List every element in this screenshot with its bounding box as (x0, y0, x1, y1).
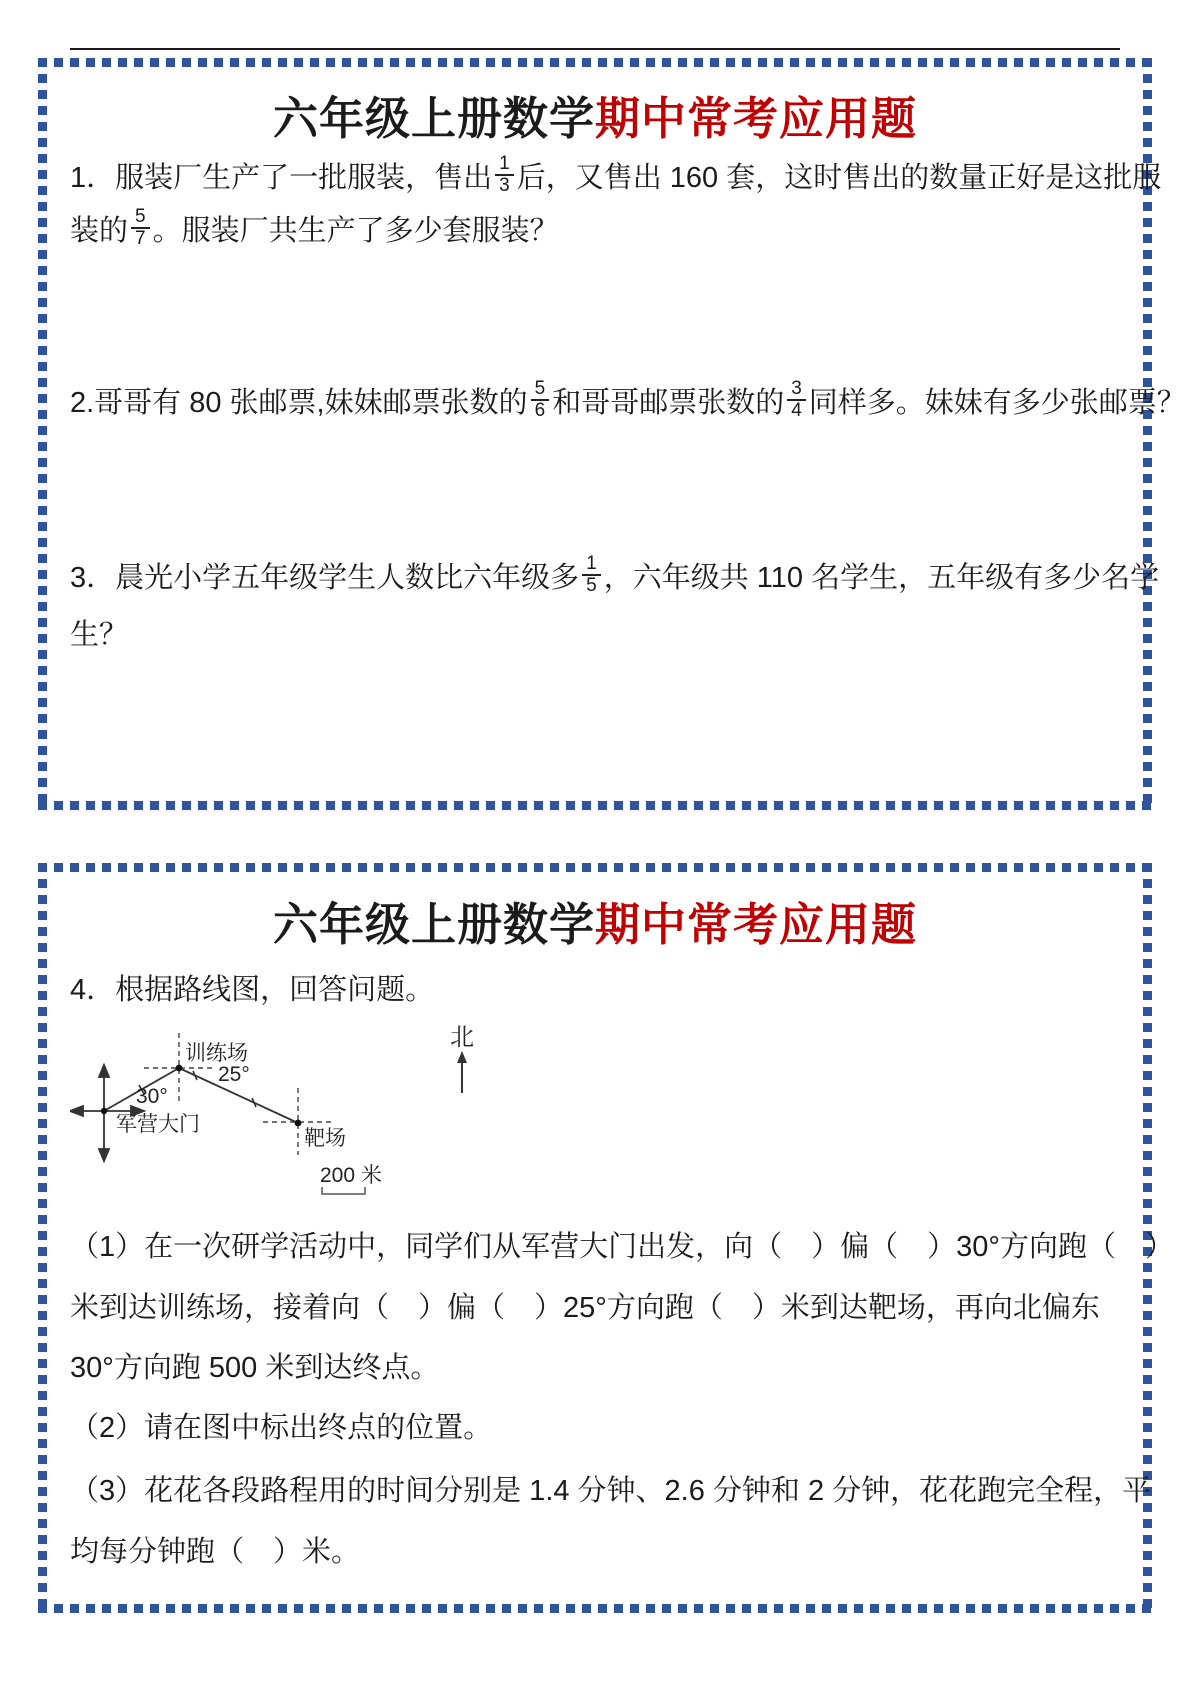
problem-text: 和哥哥邮票张数的 (552, 380, 784, 421)
problem-text: 后，又售出 160 套，这时售出的数量正好是这批服 (517, 155, 1162, 196)
question-3-line-2: 均每分钟跑（ ）米。 (70, 1521, 1132, 1577)
problem-text: 。服装厂共生产了多少套服装？ (153, 208, 559, 249)
title-black: 六年级上册数学 (273, 899, 595, 950)
fraction-one-third: 1 3 (495, 154, 514, 196)
worksheet-panel-2: 六年级上册数学期中常考应用题 4．根据路线图，回答问题。 (38, 863, 1152, 1613)
route-diagram: 训练场 25° 30° 军营大门 靶场 北 200 米 (70, 1015, 530, 1205)
fraction-five-sixths: 5 6 (531, 379, 550, 421)
fraction-numerator: 5 (131, 207, 150, 227)
fraction-five-sevenths: 5 7 (131, 207, 150, 249)
problem-4-intro: 4．根据路线图，回答问题。 (70, 959, 1132, 1015)
title-red: 期中常考应用题 (595, 899, 917, 950)
question-2-line: （2）请在图中标出终点的位置。 (70, 1397, 1132, 1453)
fraction-denominator: 4 (787, 399, 806, 421)
dashed-border-left (38, 863, 47, 1613)
problem-text: 4．根据路线图，回答问题。 (70, 967, 434, 1008)
gate-label: 军营大门 (116, 1113, 200, 1136)
problem-text: 同样多。妹妹有多少张邮票？ (809, 380, 1186, 421)
north-icon: 北 (450, 1024, 474, 1093)
fraction-three-quarters: 3 4 (787, 379, 806, 421)
question-text: （1）在一次研学活动中，同学们从军营大门出发，向（ ）偏（ ）30°方向跑（ ） (70, 1224, 1174, 1265)
problem-text: 2.哥哥有 80 张邮票,妹妹邮票张数的 (70, 380, 528, 421)
worksheet-panel-1: 六年级上册数学期中常考应用题 1．服装厂生产了一批服装，售出 1 3 后，又售出… (38, 58, 1152, 810)
title-black: 六年级上册数学 (273, 93, 595, 144)
problem-text: 装的 (70, 208, 128, 249)
problem-2-line: 2.哥哥有 80 张邮票,妹妹邮票张数的 5 6 和哥哥邮票张数的 3 4 同样… (70, 372, 1132, 428)
fraction-denominator: 5 (582, 574, 601, 596)
angle-25-label: 25° (218, 1063, 250, 1086)
fraction-numerator: 5 (531, 379, 550, 399)
question-text: 均每分钟跑（ ）米。 (70, 1529, 360, 1570)
dashed-border-left (38, 58, 47, 810)
problem-text: 3．晨光小学五年级学生人数比六年级多 (70, 555, 579, 596)
fraction-denominator: 6 (531, 399, 550, 421)
route-diagram-svg: 训练场 25° 30° 军营大门 靶场 北 200 米 (70, 1015, 530, 1205)
question-text: （2）请在图中标出终点的位置。 (70, 1405, 492, 1446)
problem-1-line-2: 装的 5 7 。服装厂共生产了多少套服装？ (70, 200, 1132, 256)
fraction-numerator: 1 (582, 554, 601, 574)
question-text: 米到达训练场，接着向（ ）偏（ ）25°方向跑（ ）米到达靶场，再向北偏东 (70, 1285, 1100, 1326)
title-red: 期中常考应用题 (595, 93, 917, 144)
dashed-border-top (38, 863, 1152, 872)
target-range-label: 靶场 (304, 1127, 346, 1150)
question-text: （3）花花各段路程用的时间分别是 1.4 分钟、2.6 分钟和 2 分钟，花花跑… (70, 1468, 1151, 1509)
question-1-line-1: （1）在一次研学活动中，同学们从军营大门出发，向（ ）偏（ ）30°方向跑（ ） (70, 1216, 1132, 1272)
problem-text: 1．服装厂生产了一批服装，售出 (70, 155, 492, 196)
question-1-line-2: 米到达训练场，接着向（ ）偏（ ）25°方向跑（ ）米到达靶场，再向北偏东 (70, 1277, 1132, 1333)
fraction-denominator: 7 (131, 227, 150, 249)
angle-30-label: 30° (136, 1085, 168, 1108)
dashed-border-bottom (38, 801, 1152, 810)
dashed-border-bottom (38, 1604, 1152, 1613)
question-3-line-1: （3）花花各段路程用的时间分别是 1.4 分钟、2.6 分钟和 2 分钟，花花跑… (70, 1460, 1132, 1516)
fraction-numerator: 3 (787, 379, 806, 399)
page-title: 六年级上册数学期中常考应用题 (38, 888, 1152, 953)
training-ground-label: 训练场 (185, 1042, 248, 1065)
north-label: 北 (450, 1024, 474, 1051)
fraction-numerator: 1 (495, 154, 514, 174)
top-rule-divider (70, 48, 1120, 50)
scale-label: 200 米 (320, 1164, 382, 1187)
problem-3-line-2: 生？ (70, 604, 1132, 660)
scale-bar: 200 米 (320, 1164, 382, 1194)
page-title: 六年级上册数学期中常考应用题 (38, 82, 1152, 147)
problem-1-line-1: 1．服装厂生产了一批服装，售出 1 3 后，又售出 160 套，这时售出的数量正… (70, 147, 1132, 203)
dashed-border-top (38, 58, 1152, 67)
problem-3-line-1: 3．晨光小学五年级学生人数比六年级多 1 5 ，六年级共 110 名学生，五年级… (70, 547, 1132, 603)
fraction-denominator: 3 (495, 174, 514, 196)
problem-text: 生？ (70, 612, 128, 653)
question-1-line-3: 30°方向跑 500 米到达终点。 (70, 1337, 1132, 1393)
question-text: 30°方向跑 500 米到达终点。 (70, 1345, 439, 1386)
fraction-one-fifth: 1 5 (582, 554, 601, 596)
problem-text: ，六年级共 110 名学生，五年级有多少名学 (604, 555, 1159, 596)
